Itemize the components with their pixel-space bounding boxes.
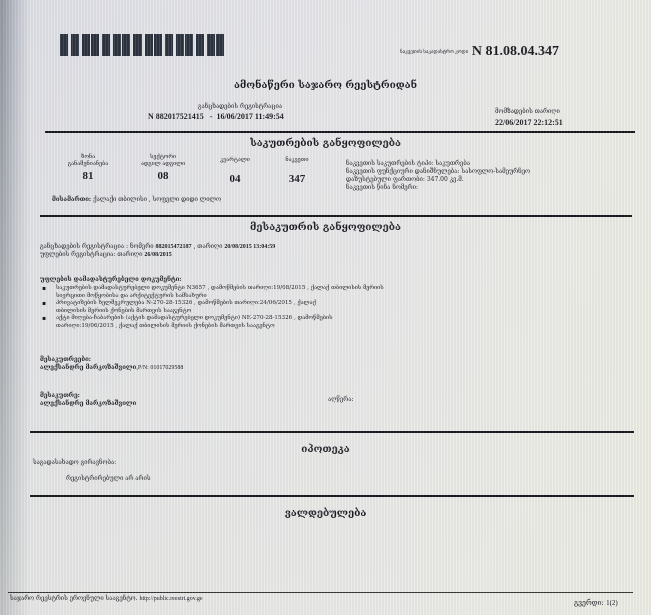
cadastral-number: ნაკვეთის საკადასტრო კოდი N 81.08.04.347 <box>400 44 559 60</box>
footer-source: საჯარო რეესტრის ეროვნული სააგენტო. http:… <box>10 595 203 602</box>
mortgage-section-title: იპოთეკა <box>0 444 651 455</box>
divider <box>40 215 632 217</box>
zone-sublabel: განაშენიანება <box>68 161 108 167</box>
request-separator: - <box>210 112 213 121</box>
prepared-datetime: 22/06/2017 22:12:51 <box>495 118 563 127</box>
application-datetime: 20/08/2015 13:04:59 <box>224 244 275 250</box>
parcel-details: ნაკვეთის საკუთრების ტიპი: საკუთრება ნაკვ… <box>346 160 530 192</box>
basis-label: უფლების დამადასტურებელი დოკუმენტი: <box>40 276 182 284</box>
registration-label: უფლების რეგისტრაცია: თარიღი <box>40 251 143 258</box>
divider <box>45 131 635 133</box>
parcel-label: ნაკვეთი <box>285 157 308 163</box>
address-value: ქალაქი თბილისი , სოფელი დიდი ლილო <box>93 196 221 203</box>
divider <box>30 431 634 433</box>
zone-column: ზონაგანაშენიანება 81 <box>53 154 123 182</box>
page-number: გვერდი: 1(2) <box>574 599 618 607</box>
footer-url[interactable]: http://public.reestri.gov.ge <box>139 596 202 602</box>
share-label: აღწერა: <box>328 396 353 404</box>
parcel-column: ნაკვეთი 347 <box>262 154 332 185</box>
quarter-value: 04 <box>200 173 270 185</box>
divider <box>30 495 634 497</box>
request-number: N 882017521415 <box>148 112 204 121</box>
prepared-label: მომზადების თარიღი <box>495 108 560 115</box>
document-item: პრივატიზების ხელშეკრულება N-270-28-15326… <box>56 300 384 315</box>
owner-label: მესაკუთრე: <box>40 392 80 400</box>
cadastral-number-label: ნაკვეთის საკადასტრო კოდი <box>400 50 468 55</box>
sector-value: 08 <box>128 170 198 182</box>
footer-divider <box>8 592 633 593</box>
tax-lien-label: საგადასახადო გირავნობა: <box>33 459 116 467</box>
owners-line: ალექსანდრე მარკოზაშვილი,P/N: 01017029588 <box>40 364 183 372</box>
parcel-value: 347 <box>262 173 332 185</box>
request-info: N 882017521415 - 16/06/2017 11:49:54 <box>148 112 284 121</box>
page-value: 1(2) <box>606 599 618 607</box>
debts-section-title: ვალდებულება <box>0 508 651 519</box>
registration-date: 26/08/2015 <box>144 252 171 258</box>
registry-extract-page: ნაკვეთის საკადასტრო კოდი N 81.08.04.347 … <box>0 0 651 615</box>
parcel-detail: ნაკვეთის საკუთრების ტიპი: საკუთრება <box>346 160 530 168</box>
zone-value: 81 <box>53 170 123 182</box>
barcode <box>60 34 224 56</box>
application-label: განცხადების რეგისტრაცია : ნომერი <box>40 243 154 250</box>
cadastral-number-value: N 81.08.04.347 <box>472 44 559 59</box>
request-datetime: 16/06/2017 11:49:54 <box>216 112 283 121</box>
quarter-column: კვარტალი 04 <box>200 154 270 185</box>
application-date-label: , თარიღი <box>193 243 222 250</box>
parcel-detail: ნაკვეთის ფუნქციური დანიშნულება: სასოფლო-… <box>346 168 530 176</box>
document-title: ამონაწერი საჯარო რეესტრიდან <box>0 80 651 91</box>
address-label: მისამართი: <box>52 196 91 203</box>
owners-pn: ,P/N: 01017029588 <box>136 365 183 371</box>
application-number: 882015472187 <box>156 244 192 250</box>
address-line: მისამართი: ქალაქი თბილისი , სოფელი დიდი … <box>52 196 221 204</box>
owners-label: მესაკუთრეები: <box>40 356 91 364</box>
parcel-detail: დაზუსტებული ფართობი: 347.00 კვ.მ. <box>346 176 530 184</box>
footer-source-text: საჯარო რეესტრის ეროვნული სააგენტო. <box>10 595 138 602</box>
application-line: განცხადების რეგისტრაცია : ნომერი 8820154… <box>40 243 275 251</box>
request-label: განცხადების რეგისტრაცია <box>150 103 330 110</box>
land-section-title: საკუთრების განყოფილება <box>0 138 651 149</box>
parcel-detail: ნაკვეთის წინა ნომერი: <box>346 184 530 192</box>
sector-column: სექტორიადგილ ადგილი 08 <box>128 154 198 182</box>
registration-line: უფლების რეგისტრაცია: თარიღი 26/08/2015 <box>40 251 172 259</box>
sector-sublabel: ადგილ ადგილი <box>141 161 185 167</box>
tax-lien-value: რეგისტრირებული არ არის <box>66 475 151 483</box>
sector-label: სექტორი <box>150 154 176 160</box>
ownership-section-title: მესაკუთრის განყოფილება <box>0 222 651 233</box>
zone-label: ზონა <box>81 154 95 160</box>
owners-value: ალექსანდრე მარკოზაშვილი <box>40 364 136 371</box>
page-label: გვერდი: <box>574 599 604 607</box>
document-item: აქტი მიღება-ჩაბარების (აქტის დამადასტურე… <box>56 315 384 330</box>
owner-value: ალექსანდრე მარკოზაშვილი <box>40 400 136 408</box>
documents-list: საკუთრების დამადასტურებელი დოკუმენტი N36… <box>36 285 384 331</box>
document-item: საკუთრების დამადასტურებელი დოკუმენტი N36… <box>56 285 384 300</box>
quarter-label: კვარტალი <box>220 157 250 163</box>
